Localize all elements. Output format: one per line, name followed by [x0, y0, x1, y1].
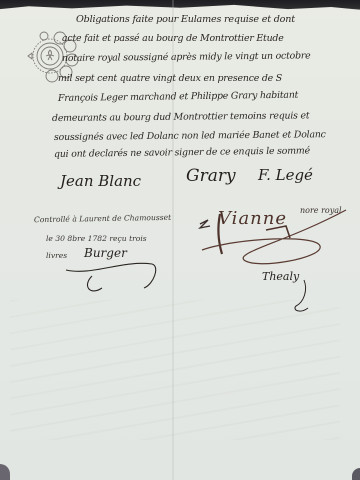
registration-note-line: le 30 8bre 1782 reçu trois: [46, 234, 147, 243]
body-line: soussignés avec led Dolanc non led marié…: [54, 129, 326, 143]
notary-flourish-icon: [196, 208, 356, 278]
paraph-flourish-icon: [290, 278, 320, 314]
body-line: qui ont declarés ne savoir signer de ce …: [54, 145, 310, 160]
body-line: notaire royal soussigné après midy le vi…: [62, 50, 311, 64]
body-line: mil sept cent quatre vingt deux en prese…: [58, 73, 282, 84]
torn-top-edge: [0, 0, 360, 14]
body-line: Obligations faite pour Eulames requise e…: [76, 14, 295, 25]
signature-f-lege: F. Legé: [258, 166, 313, 184]
registration-note-line: Controllé à Laurent de Chamousset: [34, 213, 171, 224]
body-line: acte fait et passé au bourg de Montrotti…: [62, 33, 284, 44]
ink-bleed-through: [10, 300, 340, 440]
signature-jean-blanc: Jean Blanc: [60, 172, 141, 190]
burger-flourish-icon: [62, 258, 162, 298]
body-line: demeurants au bourg dud Montrottier temo…: [52, 110, 310, 124]
document-page: Obligations faite pour Eulames requise e…: [0, 0, 360, 480]
page-corner: [0, 464, 10, 480]
page-corner: [352, 468, 360, 480]
signature-grary: Grary: [186, 166, 236, 186]
body-line: François Leger marchand et Philippe Grar…: [58, 90, 298, 104]
